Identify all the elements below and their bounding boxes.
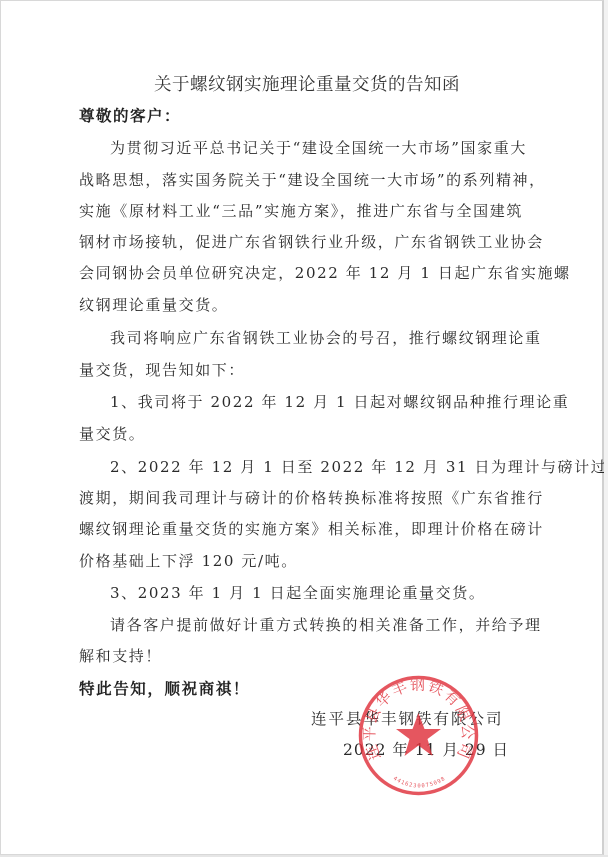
- document-title: 关于螺纹钢实施理论重量交货的告知函: [127, 75, 487, 95]
- paragraph-2-line-2: 量交货，现告知如下：: [79, 360, 523, 380]
- page-edge-right: [604, 0, 608, 857]
- request-line-1: 请各客户提前做好计重方式转换的相关准备工作，并给予理: [110, 615, 523, 635]
- paragraph-1-line-1: 为贯彻习近平总书记关于“建设全国统一大市场”国家重大: [110, 138, 523, 158]
- item-2-line-4: 价格基础上下浮 120 元/吨。: [79, 551, 523, 571]
- item-1-line-2: 量交货。: [79, 424, 523, 444]
- paragraph-2-line-1: 我司将响应广东省钢铁工业协会的号召，推行螺纹钢理论重: [110, 328, 523, 348]
- item-2-line-3: 螺纹钢理论重量交货的实施方案》相关标准，即理计价格在磅计: [79, 519, 523, 539]
- greeting: 尊敬的客户：: [79, 106, 181, 126]
- paragraph-1-line-5: 会同钢协会员单位研究决定，2022 年 12 月 1 日起广东省实施螺: [79, 263, 523, 283]
- company-seal-icon: 连平县华丰钢铁有限公司 4416230075098: [356, 673, 481, 798]
- paragraph-1-line-6: 纹钢理论重量交货。: [79, 295, 523, 315]
- document-page: 关于螺纹钢实施理论重量交货的告知函 尊敬的客户： 为贯彻习近平总书记关于“建设全…: [0, 0, 604, 855]
- request-line-2: 解和支持！: [79, 646, 523, 666]
- closing-remark: 特此告知，顺祝商祺！: [79, 679, 250, 699]
- item-3-line-1: 3、2023 年 1 月 1 日起全面实施理论重量交货。: [110, 583, 523, 603]
- item-2-line-2: 渡期，期间我司理计与磅计的价格转换标准将按照《广东省推行: [79, 488, 523, 508]
- item-2-line-1: 2、2022 年 12 月 1 日至 2022 年 12 月 31 日为理计与磅…: [110, 457, 523, 477]
- paragraph-1-line-4: 钢材市场接轨，促进广东省钢铁行业升级，广东省钢铁工业协会: [79, 232, 523, 252]
- paragraph-1-line-2: 战略思想，落实国务院关于“建设全国统一大市场”的系列精神，: [79, 170, 523, 190]
- paragraph-1-line-3: 实施《原材料工业“三品”实施方案》，推进广东省与全国建筑: [79, 201, 523, 221]
- item-1-line-1: 1、我司将于 2022 年 12 月 1 日起对螺纹钢品种推行理论重: [110, 392, 523, 412]
- svg-text:4416230075098: 4416230075098: [392, 776, 447, 790]
